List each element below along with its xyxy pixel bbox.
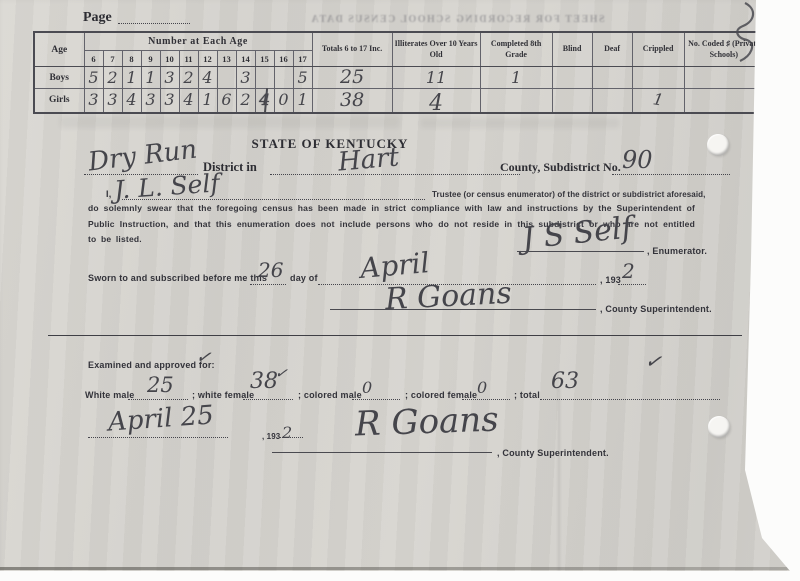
boys-age-cell: 1 — [141, 67, 160, 89]
completed-column-header: Completed 8th Grade — [480, 32, 552, 67]
punch-hole — [708, 416, 730, 438]
white-female-value-handwritten: 38 — [250, 369, 278, 394]
girls-completed-cell — [480, 89, 552, 113]
girls-age-cell: 1 — [198, 89, 217, 113]
state-title: STATE OF KENTUCKY — [230, 136, 430, 152]
total-line — [540, 399, 720, 400]
boys-age-cell: 3 — [236, 67, 255, 89]
table-row-girls: Girls 3 3 4 3 3 4 1 6 2 4 0 1 38 4 1 — [34, 89, 764, 113]
girls-age-cell-overwritten: 4 — [255, 89, 274, 113]
girls-age-cell: 1 — [293, 89, 312, 113]
boys-age-cell: 4 — [198, 67, 217, 89]
age-col-6: 6 — [84, 51, 103, 67]
white-male-line — [128, 399, 188, 400]
total-value-handwritten: 63 — [551, 369, 579, 394]
sworn-day-handwritten: 26 — [258, 258, 283, 282]
girls-age-cell: 3 — [84, 89, 103, 113]
approval-year-digit-handwritten: 2 — [282, 423, 292, 442]
trustee-name-line — [122, 199, 425, 200]
girls-age-cell: 3 — [141, 89, 160, 113]
girls-age-cell: 6 — [217, 89, 236, 113]
superintendent-label: , County Superintendent. — [600, 304, 712, 314]
county-subdistrict-label: County, Subdistrict No. — [500, 160, 621, 175]
sworn-year-line — [618, 284, 646, 285]
boys-age-cell: 1 — [122, 67, 141, 89]
illiterates-column-header: Illiterates Over 10 Years Old — [392, 32, 480, 67]
total-label: ; total — [514, 390, 540, 400]
bleedthrough-text: SHEET FOR RECORDING SCHOOL CENSUS DATA — [310, 14, 605, 25]
girls-illiterates-cell: 4 — [392, 89, 480, 113]
approval-date-line — [88, 437, 228, 438]
bleedthrough-smudge — [60, 116, 400, 128]
boys-age-cell — [255, 67, 274, 89]
paper-crease — [558, 388, 560, 571]
scanned-census-form: Page SHEET FOR RECORDING SCHOOL CENSUS D… — [0, 0, 800, 581]
boys-age-cell: 3 — [160, 67, 179, 89]
age-col-7: 7 — [103, 51, 122, 67]
checkmark: ✓ — [643, 348, 663, 374]
girls-age-cell: 0 — [274, 89, 293, 113]
superintendent-signature2-handwritten: R Goans — [354, 400, 499, 445]
age-col-10: 10 — [160, 51, 179, 67]
number-at-each-age-header: Number at Each Age — [84, 32, 312, 51]
subdistrict-line — [612, 174, 730, 175]
approval-date-handwritten: April 25 — [107, 400, 215, 437]
girls-age-cell: 2 — [236, 89, 255, 113]
i-label: I, — [106, 189, 111, 199]
paper-page: Page SHEET FOR RECORDING SCHOOL CENSUS D… — [0, 0, 800, 581]
bleedthrough-smudge — [420, 118, 620, 128]
totals-column-header: Totals 6 to 17 Inc. — [312, 32, 392, 67]
boys-totals-cell: 25 — [312, 67, 392, 89]
boys-age-cell — [274, 67, 293, 89]
age-col-8: 8 — [122, 51, 141, 67]
age-col-9: 9 — [141, 51, 160, 67]
girls-totals-cell: 38 — [312, 89, 392, 113]
age-col-13: 13 — [217, 51, 236, 67]
age-col-17: 17 — [293, 51, 312, 67]
punch-hole — [707, 134, 729, 156]
coded-column-header: No. Coded ♯ (Private Schools) — [684, 32, 764, 67]
girls-age-cell: 3 — [103, 89, 122, 113]
approval-year-line — [279, 437, 303, 438]
girls-age-cell: 4 — [179, 89, 198, 113]
census-statistics-table: Age Number at Each Age Totals 6 to 17 In… — [33, 31, 765, 114]
county-name-handwritten: Hart — [337, 142, 400, 177]
page-label: Page — [83, 10, 112, 26]
sworn-month-handwritten: April — [359, 246, 431, 285]
superintendent-signature-handwritten: R Goans — [384, 276, 512, 318]
boys-coded-cell — [684, 67, 764, 89]
boys-illiterates-cell: 11 — [392, 67, 480, 89]
age-col-16: 16 — [274, 51, 293, 67]
boys-deaf-cell — [592, 67, 632, 89]
age-col-15: 15 — [255, 51, 274, 67]
trustee-printed-line: Trustee (or census enumerator) of the di… — [432, 190, 705, 199]
girls-crippled-cell: 1 — [632, 89, 684, 113]
deaf-column-header: Deaf — [592, 32, 632, 67]
boys-age-cell — [217, 67, 236, 89]
age-col-11: 11 — [179, 51, 198, 67]
white-male-value-handwritten: 25 — [147, 373, 174, 397]
superintendent-label2: , County Superintendent. — [497, 448, 609, 458]
sworn-day-line — [250, 284, 286, 285]
boys-age-cell: 2 — [179, 67, 198, 89]
page-bottom-edge — [0, 567, 790, 570]
checkmark: ✓ — [195, 346, 213, 369]
boys-crippled-cell — [632, 67, 684, 89]
enumerator-signature-line — [517, 251, 644, 252]
boys-blind-cell — [552, 67, 592, 89]
girls-blind-cell — [552, 89, 592, 113]
county-line — [270, 174, 520, 175]
crippled-column-header: Crippled — [632, 32, 684, 67]
page-number-line — [118, 23, 190, 24]
girls-deaf-cell — [592, 89, 632, 113]
boys-completed-cell: 1 — [480, 67, 552, 89]
boys-age-cell: 2 — [103, 67, 122, 89]
boys-age-cell: 5 — [84, 67, 103, 89]
white-female-line — [243, 399, 293, 400]
girls-row-label: Girls — [34, 89, 84, 113]
girls-age-cell: 3 — [160, 89, 179, 113]
colored-female-value-handwritten: 0 — [477, 378, 487, 397]
sworn-label: Sworn to and subscribed before me this — [88, 273, 267, 283]
blind-column-header: Blind — [552, 32, 592, 67]
colored-male-value-handwritten: 0 — [362, 378, 372, 397]
girls-age-cell: 4 — [122, 89, 141, 113]
superintendent-signature2-line — [272, 452, 492, 453]
enumerator-label: , Enumerator. — [647, 246, 707, 256]
table-row-boys: Boys 5 2 1 1 3 2 4 3 5 25 11 1 — [34, 67, 764, 89]
section-divider-rule — [48, 335, 742, 336]
boys-age-cell: 5 — [293, 67, 312, 89]
superintendent-signature-line — [330, 309, 596, 310]
subdistrict-number-handwritten: 90 — [622, 146, 653, 174]
age-col-14: 14 — [236, 51, 255, 67]
boys-row-label: Boys — [34, 67, 84, 89]
sworn-year-digit-handwritten: 2 — [622, 259, 635, 283]
checkmark: ✓ — [274, 363, 289, 383]
approval-year-printed: , 193 — [262, 432, 280, 441]
day-of-label: day of — [290, 273, 318, 283]
age-header-cell: Age — [34, 32, 84, 67]
girls-coded-cell — [684, 89, 764, 113]
colored-male-line — [352, 399, 400, 400]
age-col-12: 12 — [198, 51, 217, 67]
